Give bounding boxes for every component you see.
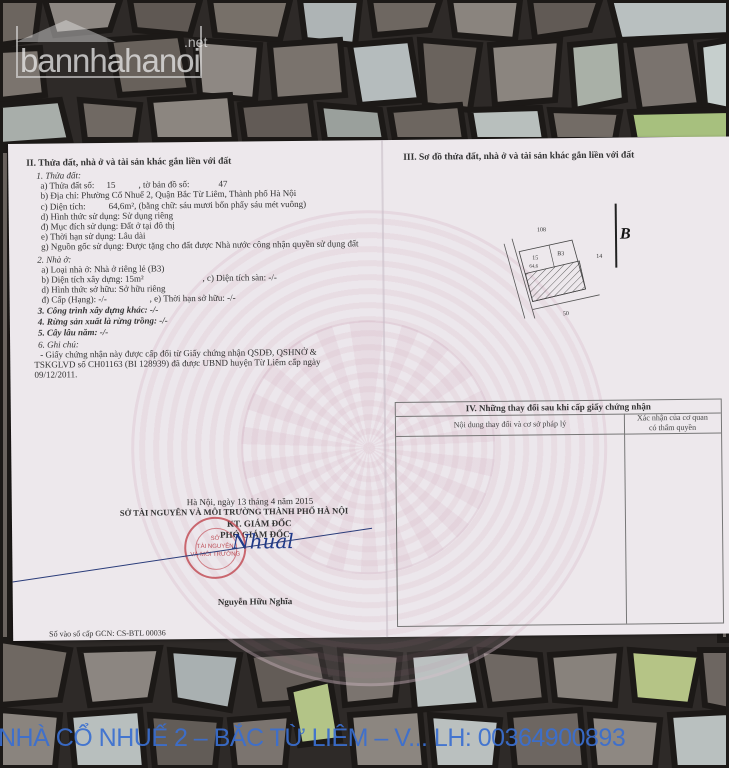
north-arrow-label: B bbox=[620, 225, 631, 243]
ownership-term: , e) Thời hạn sở hữu: -/- bbox=[150, 293, 236, 305]
north-arrow-icon bbox=[615, 204, 618, 268]
svg-text:108: 108 bbox=[537, 227, 546, 233]
svg-text:15: 15 bbox=[532, 255, 538, 261]
production-forest: 4. Rừng sản xuất là rừng trồng: -/- bbox=[38, 315, 168, 327]
logo-name: bannhahanoi bbox=[20, 42, 200, 80]
listing-caption: NHÀ CỔ NHUẾ 2 – BẮC TỪ LIÊM – V... LH: 0… bbox=[0, 724, 625, 753]
changes-col-confirmation: Xác nhận của cơ quan có thẩm quyền bbox=[624, 413, 721, 435]
logo-tld: .net bbox=[184, 34, 207, 50]
watermark-logo: bannhahanoi .net bbox=[14, 26, 204, 78]
register-number: Số vào sổ cấp GCN: CS-BTL 00036 bbox=[49, 627, 166, 639]
land-certificate-document: II. Thửa đất, nhà ở và tài sản khác gắn … bbox=[8, 136, 729, 641]
section-iii-title: III. Sơ đồ thửa đất, nhà ở và tài sản kh… bbox=[403, 150, 634, 163]
svg-text:B3: B3 bbox=[557, 251, 564, 257]
changes-table: IV. Những thay đổi sau khi cấp giấy chứn… bbox=[395, 399, 724, 627]
parcel-sketch-diagram: 108 15 64,6 B3 14 50 bbox=[499, 223, 630, 319]
signature-stroke bbox=[12, 520, 383, 584]
svg-text:14: 14 bbox=[596, 254, 602, 260]
notes-line-3: 09/12/2011. bbox=[34, 369, 77, 380]
svg-text:64,6: 64,6 bbox=[529, 264, 538, 269]
section-ii-title: II. Thửa đất, nhà ở và tài sản khác gắn … bbox=[26, 157, 231, 170]
table-divider bbox=[624, 434, 627, 624]
house-grade: đ) Cấp (Hạng): -/- bbox=[42, 294, 107, 306]
svg-text:50: 50 bbox=[563, 311, 569, 317]
changes-col-content: Nội dung thay đổi và cơ sở pháp lý bbox=[396, 414, 625, 437]
signer-name: Nguyễn Hữu Nghĩa bbox=[218, 596, 293, 608]
floor-area: , c) Diện tích sàn: -/- bbox=[202, 272, 277, 284]
perennial-trees: 5. Cây lâu năm: -/- bbox=[38, 327, 108, 339]
